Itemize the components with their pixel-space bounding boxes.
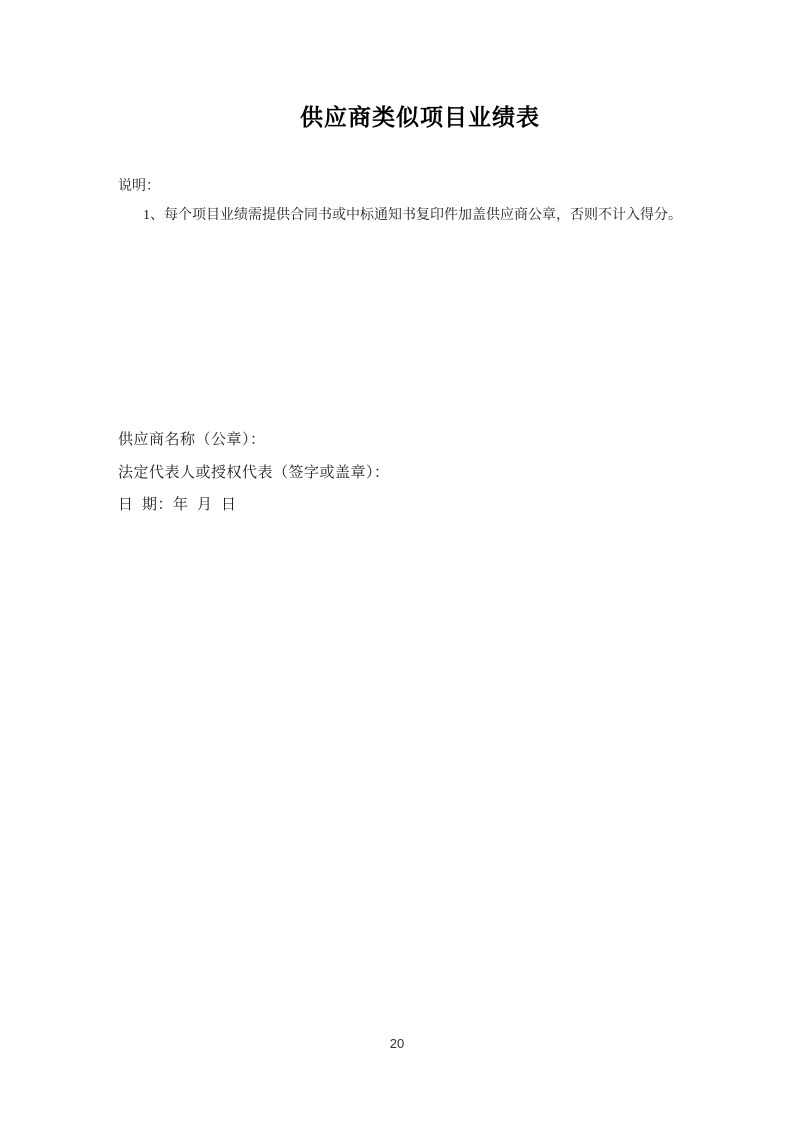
legal-representative-label: 法定代表人或授权代表（签字或盖章）： bbox=[118, 461, 390, 482]
date-label: 日 期：年 月 日 bbox=[118, 493, 237, 514]
page-number: 20 bbox=[0, 1036, 794, 1051]
supplier-name-label: 供应商名称（公章）： bbox=[118, 428, 266, 449]
notes-label: 说明： bbox=[118, 175, 160, 195]
document-page: 供应商类似项目业绩表 说明： 1、每个项目业绩需提供合同书或中标通知书复印件加盖… bbox=[0, 0, 794, 1123]
page-title: 供应商类似项目业绩表 bbox=[0, 99, 794, 132]
note-item-1: 1、每个项目业绩需提供合同书或中标通知书复印件加盖供应商公章，否则不计入得分。 bbox=[143, 206, 704, 226]
